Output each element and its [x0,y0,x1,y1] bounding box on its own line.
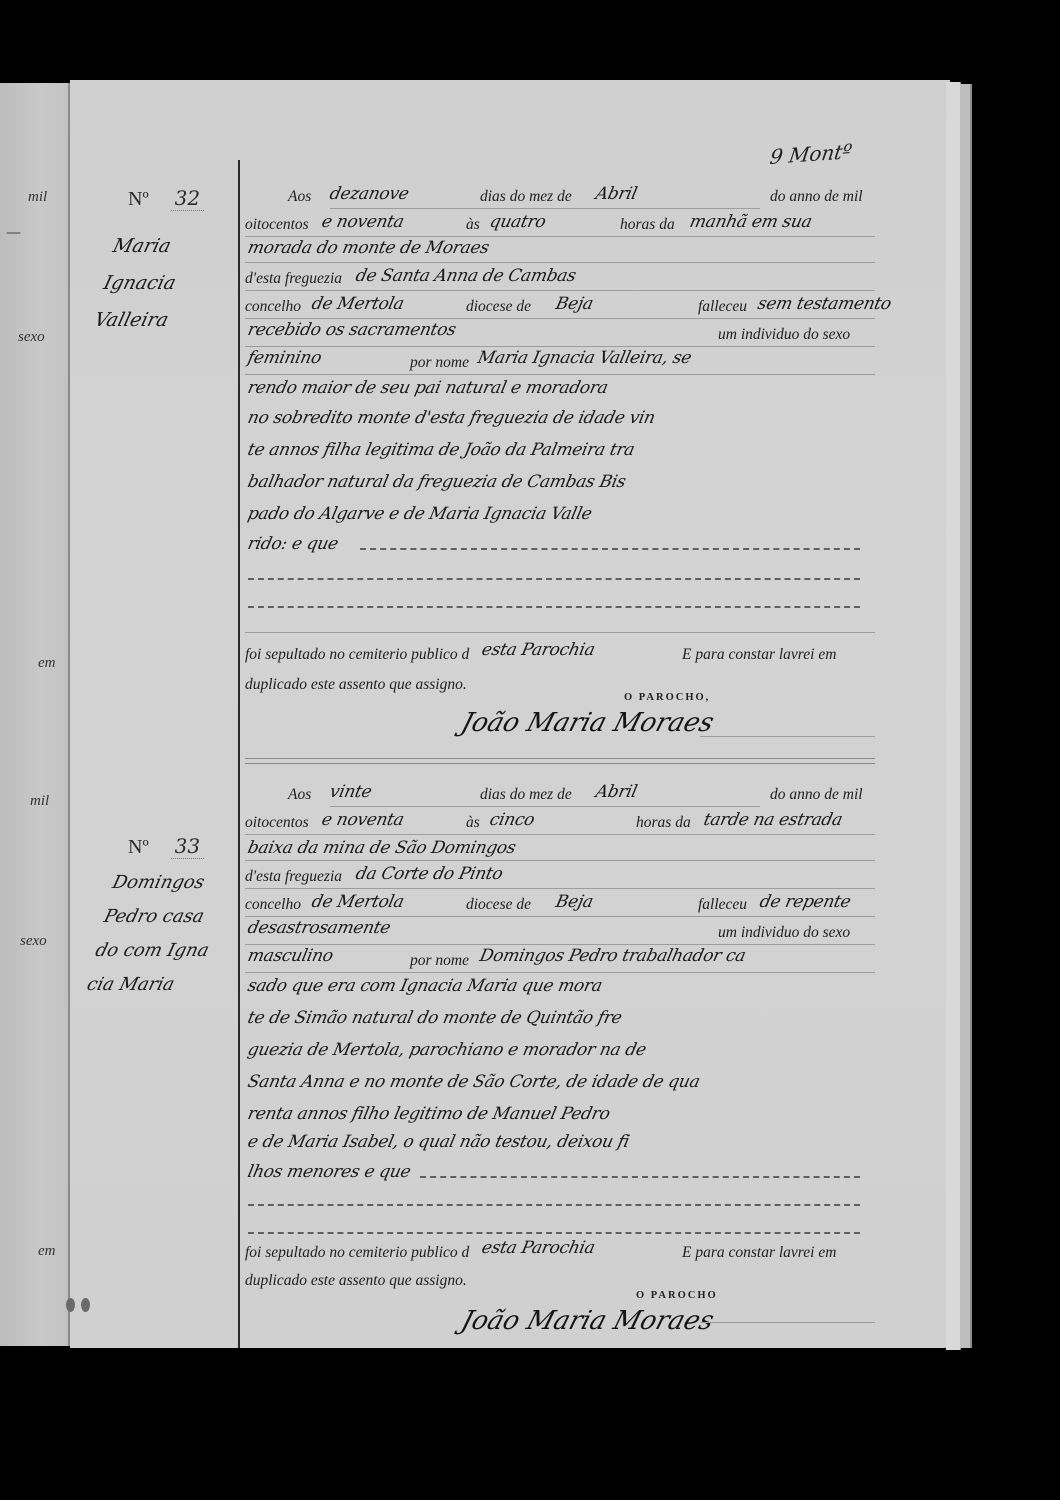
label-as: às [466,814,480,832]
field-concelho: de Mertola [310,294,406,314]
parocho-signature: João Maria Moraes [458,708,718,738]
field-sepultado: esta Parochia [480,640,597,660]
left-page-handwriting: — [6,223,21,241]
label-constar: E para constar lavrei em [682,1244,836,1262]
parocho-signature: João Maria Moraes [458,1306,718,1336]
entry-number: Nº32 [128,186,204,211]
field-nome: Maria Ignacia Valleira, se [476,348,693,368]
label-concelho: concelho [245,298,301,316]
field-sepultado: esta Parochia [480,1238,597,1258]
entry-number: Nº33 [128,834,204,859]
field-nome: Domingos Pedro trabalhador ca [478,946,748,966]
left-page-edge: mil — sexo em mil sexo em [0,83,70,1346]
label-oitocentos: oitocentos [245,814,309,832]
left-page-fragment: sexo [20,933,47,950]
label-por-nome: por nome [410,354,469,372]
label-diocese: diocese de [466,896,531,914]
field-falleceu-cont: recebido os sacramentos [246,320,458,340]
label-diocese: diocese de [466,298,531,316]
field-local: morada do monte de Moraes [246,238,491,258]
label-por-nome: por nome [410,952,469,970]
field-diocese: Beja [554,892,595,912]
field-falleceu: sem testamento [756,294,893,314]
left-page-fragment: mil [28,189,47,206]
field-falleceu: de repente [758,892,853,912]
label-constar: E para constar lavrei em [682,646,836,664]
left-page-fragment: em [38,1243,56,1260]
label-falleceu: falleceu [698,298,747,316]
field-freguezia: de Santa Anna de Cambas [354,266,578,286]
label-sepultado: foi sepultado no cemiterio publico d [245,646,469,664]
label-freguezia: d'esta freguezia [245,868,342,886]
field-mez: Abril [594,184,639,204]
label-aos: Aos [288,786,311,804]
label-sepultado: foi sepultado no cemiterio publico d [245,1244,469,1262]
margin-rule [238,160,240,1348]
page-stack-edge [946,82,961,1350]
label-dias-do-mez: dias do mez de [480,786,572,804]
label-oitocentos: oitocentos [245,216,309,234]
field-dia: vinte [328,782,374,802]
field-freguezia: da Corte do Pinto [354,864,505,884]
left-page-fragment: sexo [18,329,45,346]
field-hora: quatro [488,212,548,232]
label-anno: do anno de mil [770,188,863,206]
field-sexo: masculino [246,946,335,966]
field-anno: e noventa [320,810,406,830]
field-local: baixa da mina de São Domingos [246,838,518,858]
field-hora: cinco [488,810,536,830]
label-aos: Aos [288,188,311,206]
field-mez: Abril [594,782,639,802]
label-sexo: um individuo do sexo [718,326,850,344]
label-concelho: concelho [245,896,301,914]
left-page-fragment: mil [30,793,49,810]
field-concelho: de Mertola [310,892,406,912]
label-duplicado: duplicado este assento que assigno. [245,676,467,694]
label-as: às [466,216,480,234]
label-horas-da: horas da [636,814,691,832]
field-anno: e noventa [320,212,406,232]
field-periodo: manhã em sua [688,212,814,232]
label-duplicado: duplicado este assento que assigno. [245,1272,467,1290]
binding-holes [66,1298,96,1317]
label-freguezia: d'esta freguezia [245,270,342,288]
label-falleceu: falleceu [698,896,747,914]
label-horas-da: horas da [620,216,675,234]
left-page-fragment: em [38,655,56,672]
field-diocese: Beja [554,294,595,314]
field-sexo: feminino [246,348,323,368]
entry-separator [245,758,875,764]
page-stack-edge [960,84,972,1348]
field-periodo: tarde na estrada [702,810,844,830]
field-falleceu-cont: desastrosamente [246,918,392,938]
label-sexo: um individuo do sexo [718,924,850,942]
parocho-title: O PAROCHO, [624,692,710,703]
field-dia: dezanove [328,184,411,204]
label-dias-do-mez: dias do mez de [480,188,572,206]
parocho-title: O PAROCHO [636,1290,718,1301]
label-anno: do anno de mil [770,786,863,804]
